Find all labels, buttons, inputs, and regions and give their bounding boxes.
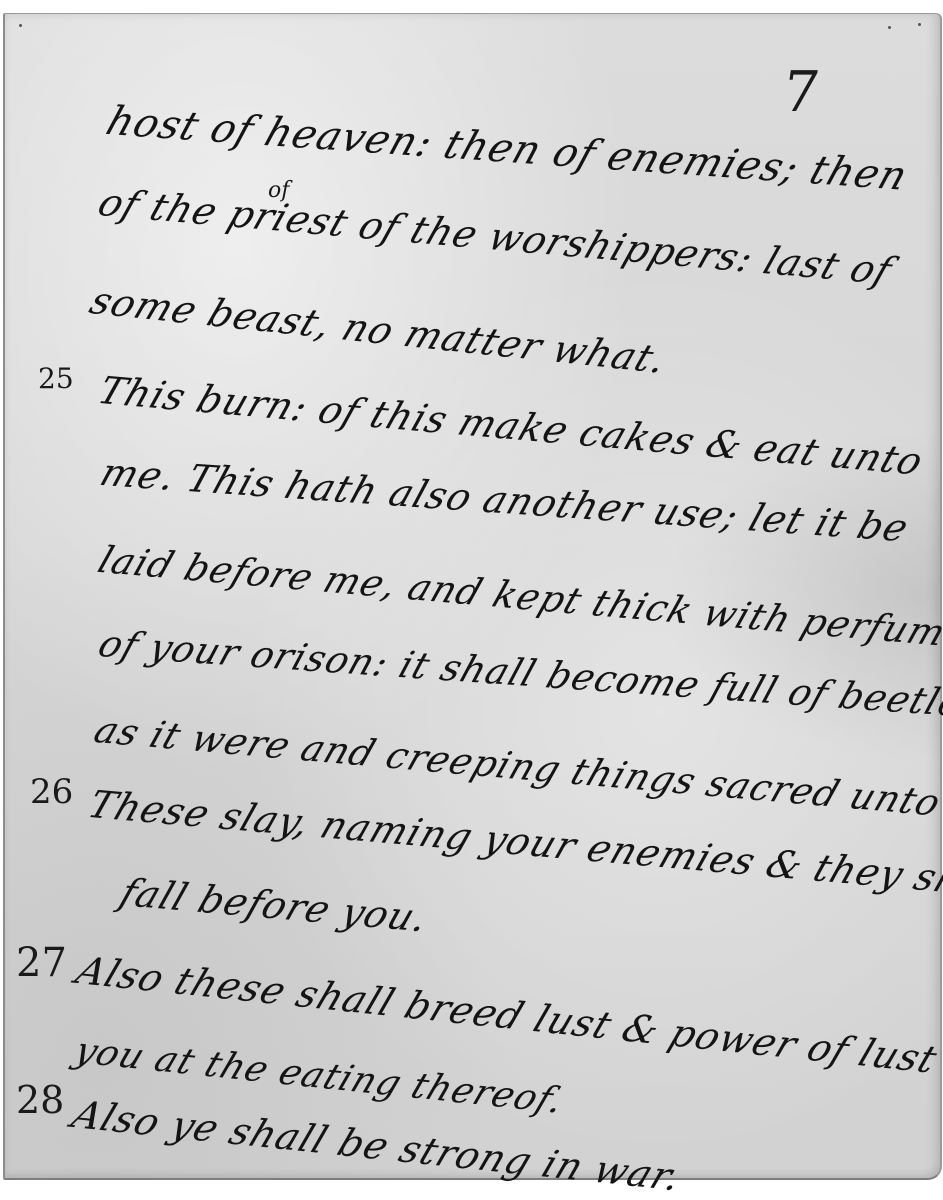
paper-speck: [19, 24, 22, 27]
paper-speck: [888, 26, 891, 29]
verse-number-28: 28: [16, 1078, 64, 1122]
paper-speck: [918, 23, 921, 26]
verse-number-25: 25: [38, 362, 74, 395]
verse-number-26: 26: [30, 772, 73, 812]
interlinear-insertion: of: [268, 178, 289, 203]
verse-number-27: 27: [16, 940, 67, 986]
